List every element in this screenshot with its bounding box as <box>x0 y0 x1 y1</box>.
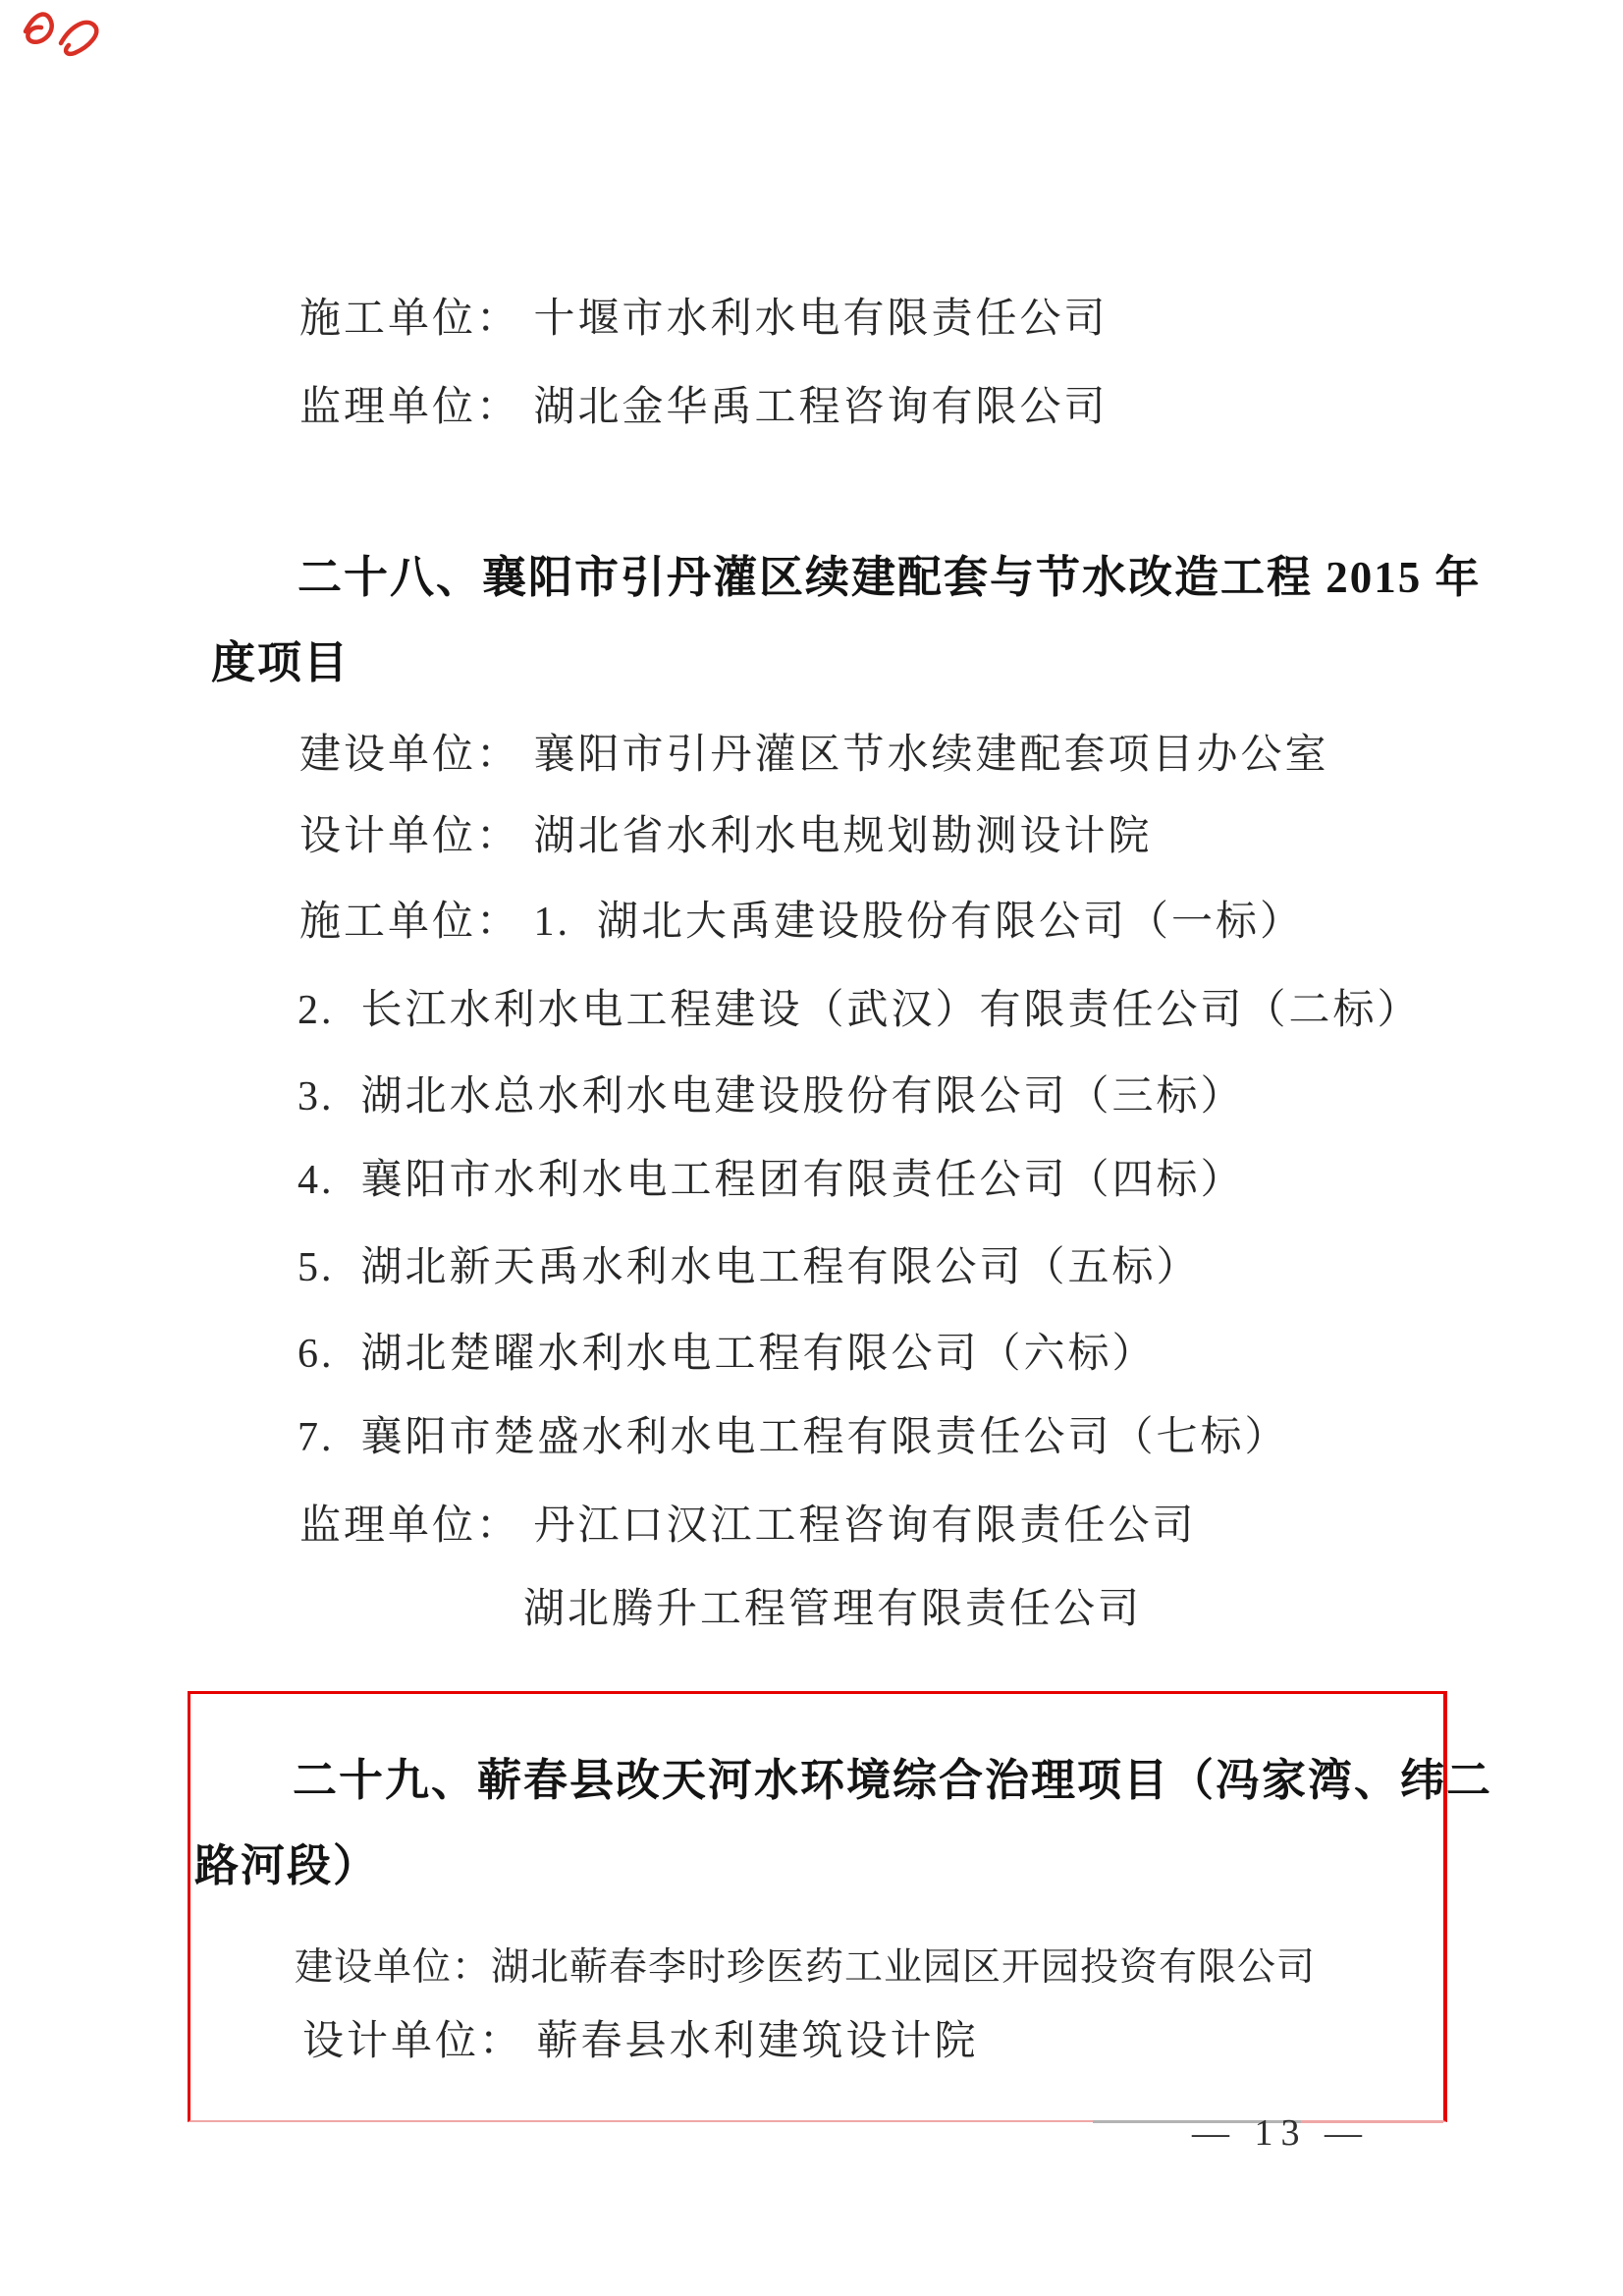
section-28-supervision-line2: 湖北腾升工程管理有限责任公司 <box>523 1588 1142 1632</box>
section-29-owner-line: 建设单位：湖北蕲春李时珍医药工业园区开园投资有限公司 <box>295 1947 1316 1989</box>
section-28-bid6-line: 6. 湖北楚曜水利水电工程有限公司（六标） <box>298 1333 1157 1377</box>
section-28-bid2-line: 2. 长江水利水电工程建设（武汉）有限责任公司（二标） <box>298 989 1422 1033</box>
section-28-bid5-line: 5. 湖北新天禹水利水电工程有限公司（五标） <box>298 1246 1201 1290</box>
section-28-bid3-line: 3. 湖北水总水利水电建设股份有限公司（三标） <box>298 1075 1245 1120</box>
section-28-design-line: 设计单位： 湖北省水利水电规划勘测设计院 <box>299 815 1153 859</box>
document-page: 施工单位： 十堰市水利水电有限责任公司 监理单位： 湖北金华禹工程咨询有限公司 … <box>0 0 1623 2296</box>
section-29-heading-line2: 路河段） <box>194 1842 379 1890</box>
section-28-bid4-line: 4. 襄阳市水利水电工程团有限责任公司（四标） <box>298 1159 1245 1203</box>
pen-scribble-mark <box>18 4 116 82</box>
section-29-design-line: 设计单位： 蕲春县水利建筑设计院 <box>302 2020 979 2064</box>
section-29-heading-line1: 二十九、蕲春县改天河水环境综合治理项目（冯家湾、纬二 <box>293 1757 1492 1805</box>
section-28-construction-line: 施工单位： 1. 湖北大禹建设股份有限公司（一标） <box>299 901 1304 945</box>
section-28-owner-line: 建设单位： 襄阳市引丹灌区节水续建配套项目办公室 <box>299 734 1329 778</box>
section-28-heading-line2: 度项目 <box>211 639 350 687</box>
section-28-supervision-line: 监理单位： 丹江口汉江工程咨询有限责任公司 <box>299 1504 1197 1549</box>
section-28-heading-line1: 二十八、襄阳市引丹灌区续建配套与节水改造工程 2015 年 <box>298 554 1482 602</box>
construction-unit-line: 施工单位： 十堰市水利水电有限责任公司 <box>299 298 1109 342</box>
supervision-unit-line: 监理单位： 湖北金华禹工程咨询有限公司 <box>299 386 1109 430</box>
section-28-bid7-line: 7. 襄阳市楚盛水利水电工程有限责任公司（七标） <box>298 1416 1289 1460</box>
page-number: — 13 — <box>1192 2111 1370 2155</box>
